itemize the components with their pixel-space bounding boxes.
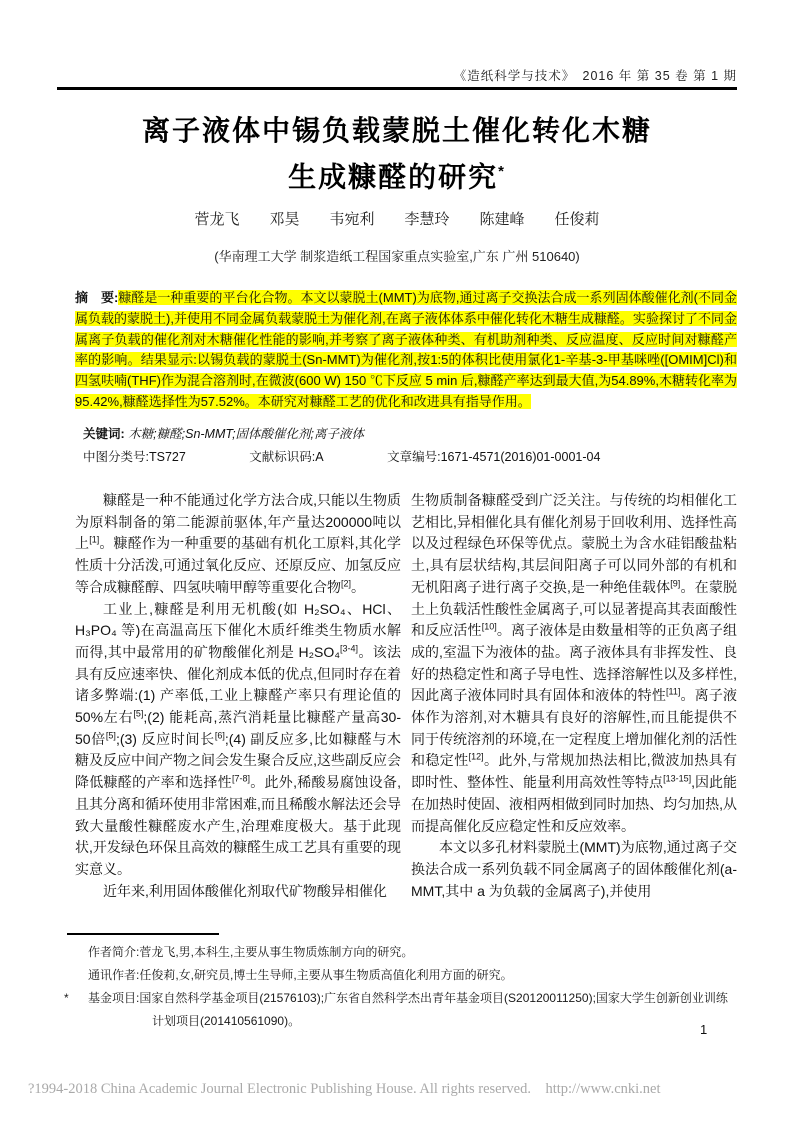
article-id: 文章编号:1671-4571(2016)01-0001-04 xyxy=(387,450,600,464)
abstract-text: 糠醛是一种重要的平台化合物。本文以蒙脱土(MMT)为底物,通过离子交换法合成一系… xyxy=(75,290,737,409)
document-code: 文献标识码:A xyxy=(249,450,323,464)
title-footnote-mark: * xyxy=(498,163,506,180)
author-name: 韦宛利 xyxy=(329,208,374,229)
keywords-text: 木糖;糠醛;Sn-MMT;固体酸催化剂;离子液体 xyxy=(128,427,364,441)
paper-title: 离子液体中锡负载蒙脱土催化转化木糖 生成糠醛的研究* xyxy=(0,110,794,197)
clc-number: 中图分类号:TS727 xyxy=(83,450,186,464)
author-name: 陈建峰 xyxy=(480,208,525,229)
paper-page: 《造纸科学与技术》 2016 年 第 35 卷 第 1 期 离子液体中锡负载蒙脱… xyxy=(0,0,794,1122)
footnotes-block: 作者简介:菅龙飞,男,本科生,主要从事生物质炼制方向的研究。 通讯作者:任俊莉,… xyxy=(63,941,737,1033)
page-number: 1 xyxy=(700,1022,707,1037)
author-list: 菅龙飞 邓昊 韦宛利 李慧玲 陈建峰 任俊莉 xyxy=(0,208,794,229)
author-name: 任俊莉 xyxy=(555,208,600,229)
affiliation: (华南理工大学 制浆造纸工程国家重点实验室,广东 广州 510640) xyxy=(0,246,794,265)
abstract-label: 摘 要: xyxy=(75,290,118,305)
header-divider xyxy=(57,87,737,90)
body-column-left: 糠醛是一种不能通过化学方法合成,只能以生物质为原料制备的第二能源前驱体,年产量达… xyxy=(75,490,401,902)
footnote-fund-text: 基金项目:国家自然科学基金项目(21576103);广东省自然科学杰出青年基金项… xyxy=(88,991,728,1028)
paper-title-line2: 生成糠醛的研究* xyxy=(0,151,794,197)
footnote-author-bio: 作者简介:菅龙飞,男,本科生,主要从事生物质炼制方向的研究。 xyxy=(63,941,737,964)
paragraph: 近年来,利用固体酸催化剂取代矿物酸异相催化 xyxy=(75,881,401,903)
paragraph: 糠醛是一种不能通过化学方法合成,只能以生物质为原料制备的第二能源前驱体,年产量达… xyxy=(75,490,401,599)
author-name: 邓昊 xyxy=(269,208,299,229)
keywords-line: 关键词: 木糖;糠醛;Sn-MMT;固体酸催化剂;离子液体 xyxy=(83,424,737,442)
keywords-label: 关键词: xyxy=(83,427,125,441)
footnote-fund: *基金项目:国家自然科学基金项目(21576103);广东省自然科学杰出青年基金… xyxy=(63,987,737,1033)
footnote-divider xyxy=(67,933,219,935)
abstract-block: 摘 要:糠醛是一种重要的平台化合物。本文以蒙脱土(MMT)为底物,通过离子交换法… xyxy=(75,288,737,413)
author-name: 菅龙飞 xyxy=(194,208,239,229)
paragraph: 生物质制备糠醛受到广泛关注。与传统的均相催化工艺相比,异相催化具有催化剂易于回收… xyxy=(411,490,737,837)
body-columns: 糠醛是一种不能通过化学方法合成,只能以生物质为原料制备的第二能源前驱体,年产量达… xyxy=(75,490,737,902)
footnote-corresponding-author: 通讯作者:任俊莉,女,研究员,博士生导师,主要从事生物质高值化利用方面的研究。 xyxy=(63,964,737,987)
author-name: 李慧玲 xyxy=(405,208,450,229)
paper-title-line1: 离子液体中锡负载蒙脱土催化转化木糖 xyxy=(0,110,794,151)
fund-asterisk: * xyxy=(64,987,69,1010)
body-column-right: 生物质制备糠醛受到广泛关注。与传统的均相催化工艺相比,异相催化具有催化剂易于回收… xyxy=(411,490,737,902)
copyright-watermark: ?1994-2018 China Academic Journal Electr… xyxy=(28,1081,788,1098)
classification-line: 中图分类号:TS727 文献标识码:A 文章编号:1671-4571(2016)… xyxy=(83,447,737,465)
journal-header: 《造纸科学与技术》 2016 年 第 35 卷 第 1 期 xyxy=(57,66,737,84)
paragraph: 本文以多孔材料蒙脱土(MMT)为底物,通过离子交换法合成一系列负载不同金属离子的… xyxy=(411,837,737,902)
paragraph: 工业上,糠醛是利用无机酸(如 H₂SO₄、HCl、H₃PO₄ 等)在高温高压下催… xyxy=(75,599,401,881)
